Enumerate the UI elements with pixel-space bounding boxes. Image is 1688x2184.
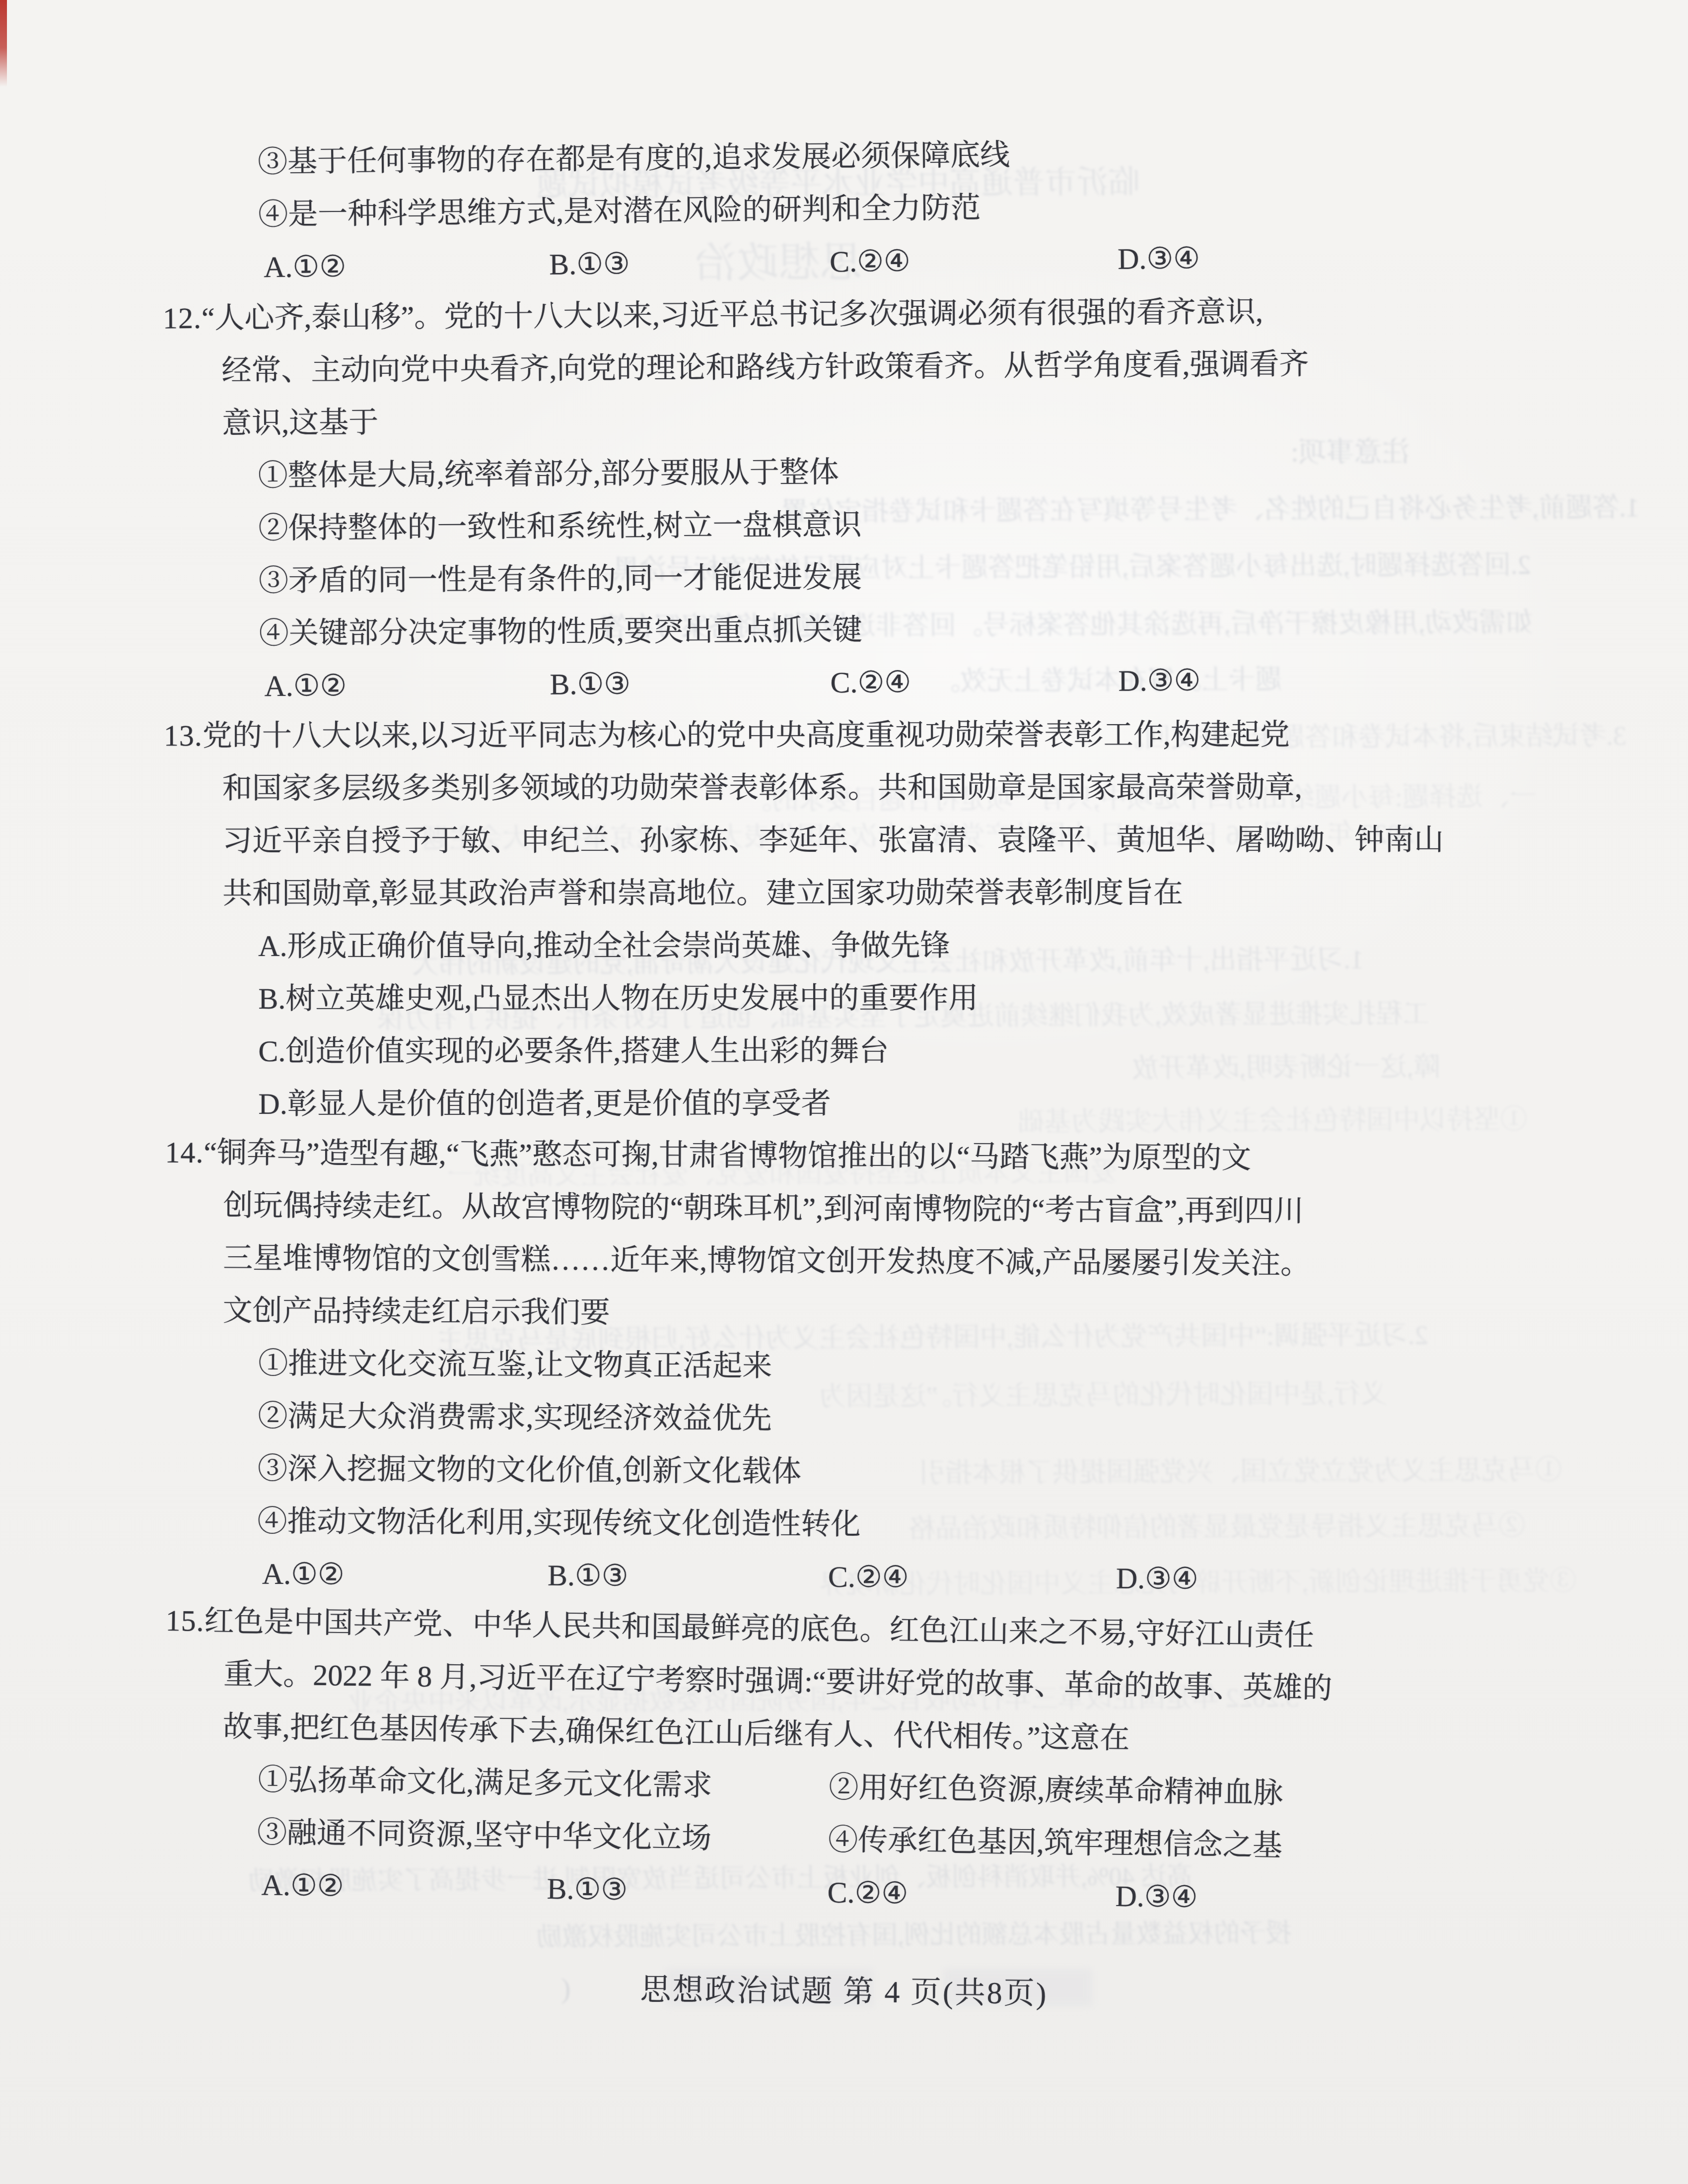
question-11-tail: ③基于任何事物的存在都是有度的,追求发展必须保障底线④是一种科学思维方式,是对潜… bbox=[163, 124, 1535, 294]
question-stem-line: 习近平亲自授予于敏、申纪兰、孙家栋、李延年、张富清、袁隆平、黄旭华、屠呦呦、钟南… bbox=[164, 814, 1534, 867]
question-12: 12.“人心齐,泰山移”。党的十八大以来,习近平总书记多次强调必须有很强的看齐意… bbox=[162, 284, 1535, 713]
scan-edge-artifact bbox=[0, 0, 7, 87]
page-footer: 思想政治试题 第 4 页(共8页) bbox=[0, 1959, 1688, 2019]
question-stem-line: 三星堆博物馆的文创雪糕……近年来,博物馆文创开发热度不减,产品屡屡引发关注。 bbox=[164, 1231, 1535, 1291]
answer-choice: B.①③ bbox=[549, 237, 631, 291]
answer-choice: C.②④ bbox=[827, 1866, 909, 1919]
question-15: 15.红色是中国共产党、中华人民共和国最鲜亮的底色。红色江山来之不易,守好江山责… bbox=[162, 1594, 1536, 1928]
circled-option-line: ①整体是大局,统率着部分,部分要服从于整体 bbox=[163, 442, 1534, 503]
question-stem-line: 共和国勋章,彰显其政治声誉和崇高地位。建立国家功勋荣誉表彰制度旨在 bbox=[164, 866, 1534, 920]
paired-option: ①弘扬革命文化,满足多元文化需求 bbox=[258, 1753, 712, 1812]
question-stem-line: 文创产品持续走红启示我们要 bbox=[164, 1284, 1535, 1344]
letter-option-line: D.彰显人是价值的创造者,更是价值的享受者 bbox=[164, 1077, 1534, 1130]
question-number: 13. bbox=[164, 719, 203, 752]
circled-option-line: ②保持整体的一致性和系统性,树立一盘棋意识 bbox=[164, 494, 1535, 555]
answer-choice: A.①② bbox=[261, 1859, 344, 1912]
exam-content: ③基于任何事物的存在都是有度的,追求发展必须保障底线④是一种科学思维方式,是对潜… bbox=[164, 130, 1534, 1919]
circled-option-line: ④推动文物活化利用,实现传统文化创造性转化 bbox=[163, 1495, 1534, 1554]
question-stem-line: 12.“人心齐,泰山移”。党的十八大以来,习近平总书记多次强调必须有很强的看齐意… bbox=[162, 284, 1533, 345]
circled-option-line: ③矛盾的同一性是有条件的,同一才能促进发展 bbox=[164, 547, 1535, 608]
answer-choice: D.③④ bbox=[1117, 232, 1200, 285]
question-13: 13.党的十八大以来,以习近平同志为核心的党中央高度重视功勋荣誉表彰工作,构建起… bbox=[164, 708, 1535, 1130]
answer-choice: A.①② bbox=[262, 1548, 345, 1601]
circled-option-line: ③深入挖掘文物的文化价值,创新文化载体 bbox=[163, 1442, 1534, 1501]
question-stem-line: 经常、主动向党中央看齐,向党的理论和路线方针政策看齐。从哲学角度看,强调看齐 bbox=[163, 337, 1534, 398]
question-number: 14. bbox=[165, 1136, 204, 1169]
answer-choice: A.①② bbox=[264, 659, 347, 712]
letter-option-line: C.创造价值实现的必要条件,搭建人生出彩的舞台 bbox=[164, 1024, 1534, 1078]
circled-option-line: ②满足大众消费需求,实现经济效益优先 bbox=[163, 1389, 1534, 1449]
answer-choice: B.①③ bbox=[548, 1549, 629, 1602]
question-stem-line: 14.“铜奔马”造型有趣,“飞燕”憨态可掬,甘肃省博物馆推出的以“马踏飞燕”为原… bbox=[165, 1126, 1536, 1186]
paired-option: ③融通不同资源,坚守中华文化立场 bbox=[257, 1806, 711, 1864]
page-footer-label: 思想政治试题 第 4 页(共8页) bbox=[640, 1973, 1048, 2011]
letter-option-line: A.形成正确价值导向,推动全社会崇尚英雄、争做先锋 bbox=[164, 919, 1534, 972]
answer-choice: D.③④ bbox=[1115, 1870, 1198, 1923]
answer-choice: C.②④ bbox=[830, 656, 911, 709]
question-number: 15. bbox=[165, 1604, 205, 1638]
question-stem-line: 意识,这基于 bbox=[163, 389, 1534, 450]
paired-option: ②用好红色资源,赓续革命精神血脉 bbox=[829, 1761, 1283, 1819]
answer-choice: D.③④ bbox=[1116, 1552, 1198, 1605]
question-number: 12. bbox=[163, 302, 202, 335]
question-stem-line: 和国家多层级多类别多领域的功勋荣誉表彰体系。共和国勋章是国家最高荣誉勋章, bbox=[164, 761, 1534, 815]
circled-option-line: ④关键部分决定事物的性质,要突出重点抓关键 bbox=[164, 600, 1535, 661]
answer-choice: C.②④ bbox=[828, 1551, 909, 1604]
circled-option-line: ①推进文化交流互鉴,让文物真正活起来 bbox=[164, 1337, 1535, 1396]
answer-choice: B.①③ bbox=[547, 1862, 628, 1916]
answer-choice: D.③④ bbox=[1118, 654, 1201, 707]
question-14: 14.“铜奔马”造型有趣,“飞燕”憨态可掬,甘肃省博物馆推出的以“马踏飞燕”为原… bbox=[163, 1126, 1536, 1607]
question-stem-line: 创玩偶持续走红。从故宫博物院的“朝珠耳机”,到河南博物院的“考古盲盒”,再到四川 bbox=[164, 1179, 1535, 1238]
letter-option-line: B.树立英雄史观,凸显杰出人物在历史发展中的重要作用 bbox=[164, 971, 1534, 1025]
answer-choice: B.①③ bbox=[550, 658, 631, 711]
answer-choice: C.②④ bbox=[830, 235, 911, 288]
answer-choice: A.①② bbox=[264, 240, 347, 294]
answer-choices-row: A.①②B.①③C.②④D.③④ bbox=[165, 652, 1536, 713]
scanned-exam-page: 临沂市普通高中学业水平等级考试模拟试题思想政治注意事项:1.答题前,考生务必将自… bbox=[0, 0, 1688, 2184]
question-stem-line: 13.党的十八大以来,以习近平同志为核心的党中央高度重视功勋荣誉表彰工作,构建起… bbox=[164, 708, 1534, 762]
paired-option: ④传承红色基因,筑牢理想信念之基 bbox=[828, 1813, 1282, 1872]
